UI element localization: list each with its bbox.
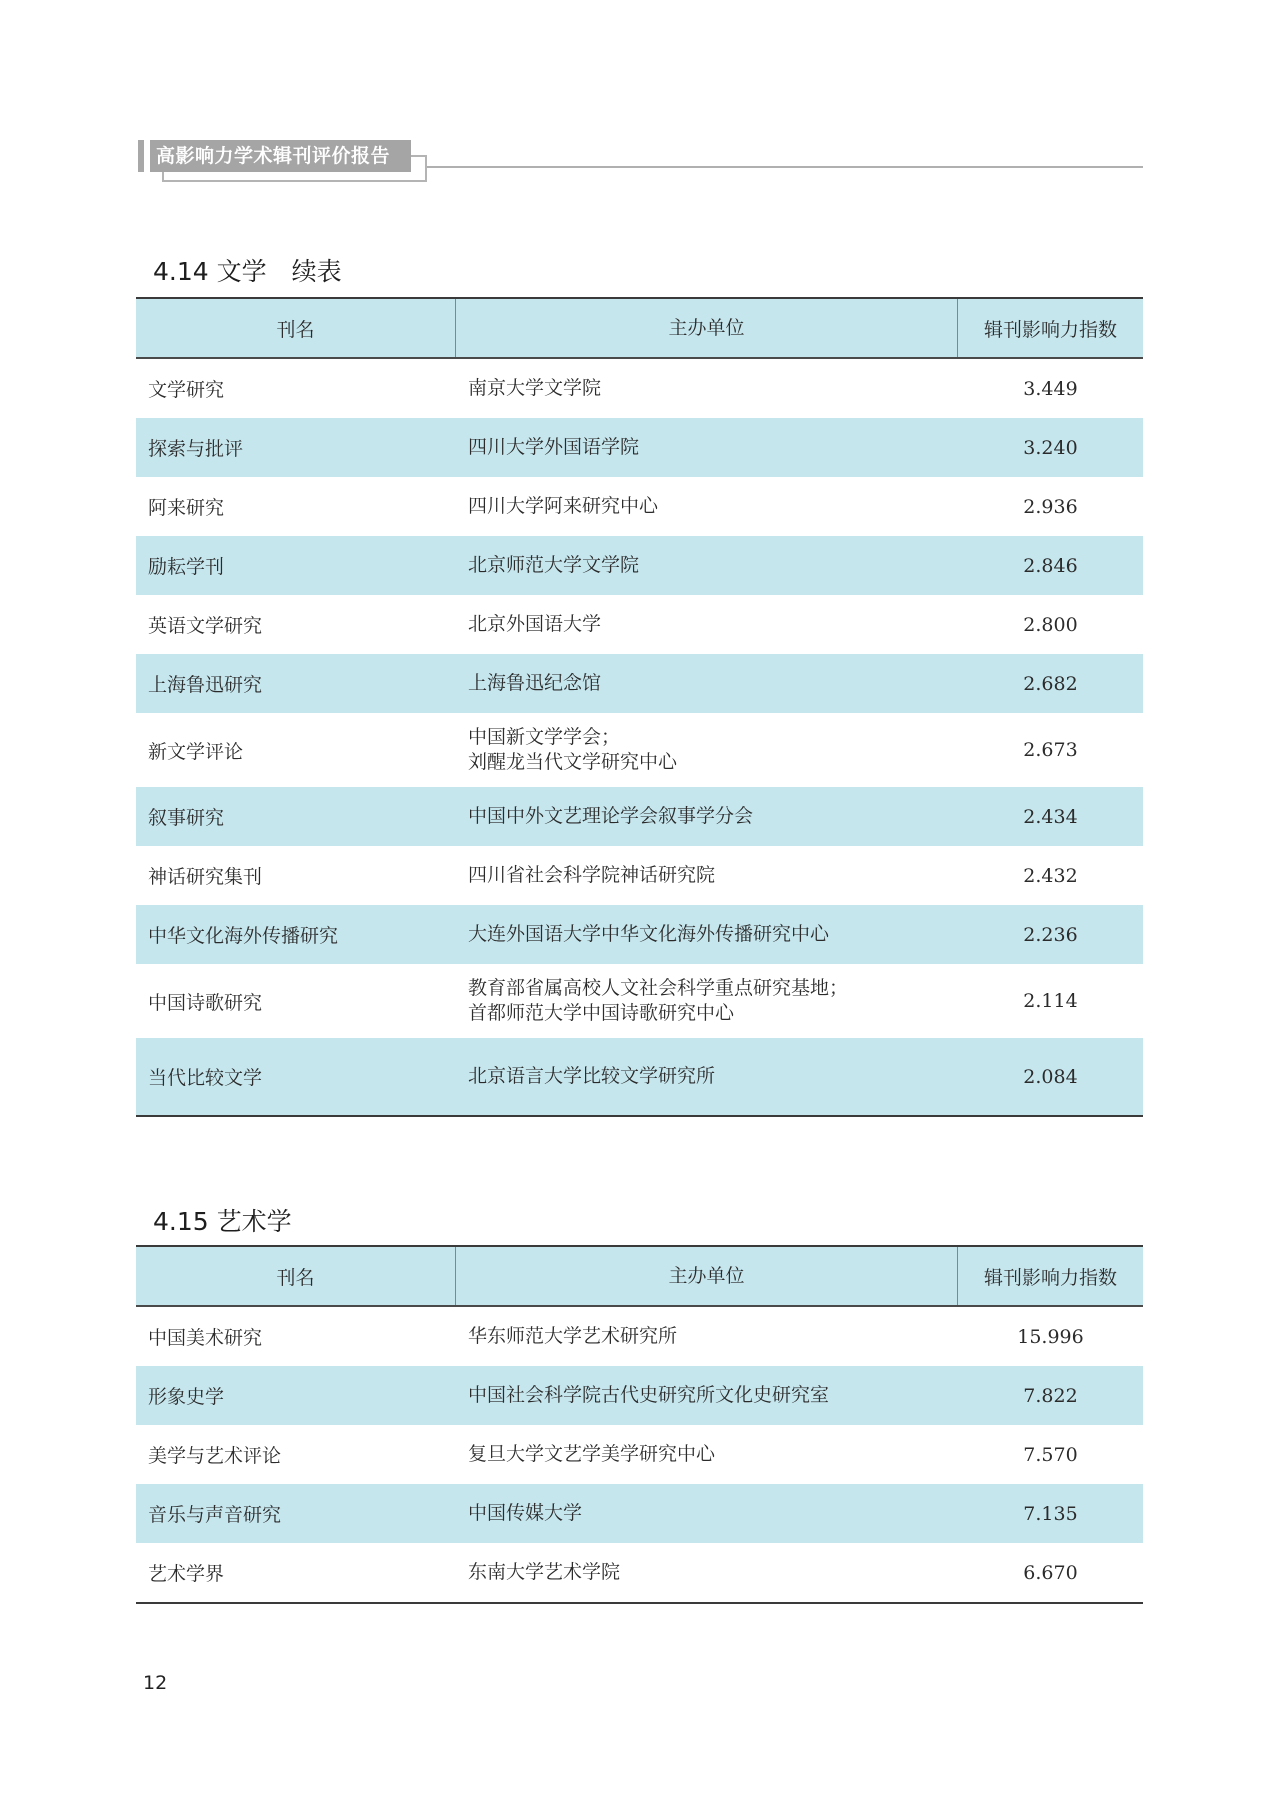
impact-index: 3.240 (958, 437, 1143, 459)
journal-name: 中国美术研究 (136, 1323, 456, 1350)
column-header-sponsor: 主办单位 (456, 299, 958, 357)
sponsor-line: 首都师范大学中国诗歌研究中心 (468, 1001, 958, 1026)
sponsor: 北京语言大学比较文学研究所 (456, 1064, 958, 1089)
sponsor: 北京师范大学文学院 (456, 553, 958, 578)
table-row: 中华文化海外传播研究大连外国语大学中华文化海外传播研究中心2.236 (136, 905, 1143, 964)
table-header: 刊名 主办单位 辑刊影响力指数 (136, 1247, 1143, 1307)
table-row: 阿来研究四川大学阿来研究中心2.936 (136, 477, 1143, 536)
journal-name: 当代比较文学 (136, 1063, 456, 1090)
journal-name: 探索与批评 (136, 434, 456, 461)
table-row: 探索与批评四川大学外国语学院3.240 (136, 418, 1143, 477)
sponsor: 四川大学外国语学院 (456, 435, 958, 460)
table-row: 形象史学中国社会科学院古代史研究所文化史研究室7.822 (136, 1366, 1143, 1425)
journal-name: 阿来研究 (136, 493, 456, 520)
page-number: 12 (143, 1672, 167, 1694)
sponsor: 东南大学艺术学院 (456, 1560, 958, 1585)
sponsor: 华东师范大学艺术研究所 (456, 1324, 958, 1349)
sponsor: 上海鲁迅纪念馆 (456, 671, 958, 696)
impact-index: 7.570 (958, 1444, 1143, 1466)
table-row: 艺术学界东南大学艺术学院6.670 (136, 1543, 1143, 1602)
sponsor-line: 四川省社会科学院神话研究院 (468, 863, 958, 888)
journal-name: 上海鲁迅研究 (136, 670, 456, 697)
impact-index: 6.670 (958, 1562, 1143, 1584)
impact-index: 2.936 (958, 496, 1143, 518)
table-row: 文学研究南京大学文学院3.449 (136, 359, 1143, 418)
sponsor-line: 华东师范大学艺术研究所 (468, 1324, 958, 1349)
impact-index: 2.432 (958, 865, 1143, 887)
section-title-4-14: 4.14 文学 续表 (153, 252, 342, 288)
sponsor-line: 上海鲁迅纪念馆 (468, 671, 958, 696)
table-row: 上海鲁迅研究上海鲁迅纪念馆2.682 (136, 654, 1143, 713)
impact-index: 2.236 (958, 924, 1143, 946)
journal-name: 音乐与声音研究 (136, 1500, 456, 1527)
sponsor-line: 东南大学艺术学院 (468, 1560, 958, 1585)
impact-index: 7.135 (958, 1503, 1143, 1525)
sponsor-line: 中国社会科学院古代史研究所文化史研究室 (468, 1383, 958, 1408)
journal-name: 中华文化海外传播研究 (136, 921, 456, 948)
column-header-name: 刊名 (136, 299, 456, 357)
impact-index: 15.996 (958, 1326, 1143, 1348)
impact-index: 2.673 (958, 739, 1143, 761)
sponsor: 南京大学文学院 (456, 376, 958, 401)
journal-name: 励耘学刊 (136, 552, 456, 579)
table-row: 叙事研究中国中外文艺理论学会叙事学分会2.434 (136, 787, 1143, 846)
running-head: 高影响力学术辑刊评价报告 (0, 0, 1280, 200)
journal-name: 形象史学 (136, 1382, 456, 1409)
impact-index: 2.800 (958, 614, 1143, 636)
journal-name: 新文学评论 (136, 737, 456, 764)
sponsor: 教育部省属高校人文社会科学重点研究基地；首都师范大学中国诗歌研究中心 (456, 976, 958, 1026)
table-art: 刊名 主办单位 辑刊影响力指数 中国美术研究华东师范大学艺术研究所15.996形… (136, 1245, 1143, 1604)
sponsor-line: 中国传媒大学 (468, 1501, 958, 1526)
sponsor-line: 四川大学外国语学院 (468, 435, 958, 460)
sponsor-line: 中国新文学学会； (468, 725, 958, 750)
table-row: 英语文学研究北京外国语大学2.800 (136, 595, 1143, 654)
table-header: 刊名 主办单位 辑刊影响力指数 (136, 299, 1143, 359)
table-row: 神话研究集刊四川省社会科学院神话研究院2.432 (136, 846, 1143, 905)
journal-name: 神话研究集刊 (136, 862, 456, 889)
impact-index: 2.682 (958, 673, 1143, 695)
sponsor-line: 北京外国语大学 (468, 612, 958, 637)
sponsor-line: 南京大学文学院 (468, 376, 958, 401)
journal-name: 文学研究 (136, 375, 456, 402)
sponsor: 四川省社会科学院神话研究院 (456, 863, 958, 888)
impact-index: 2.846 (958, 555, 1143, 577)
journal-name: 艺术学界 (136, 1559, 456, 1586)
table-row: 中国美术研究华东师范大学艺术研究所15.996 (136, 1307, 1143, 1366)
table-row: 中国诗歌研究教育部省属高校人文社会科学重点研究基地；首都师范大学中国诗歌研究中心… (136, 964, 1143, 1038)
running-head-rule (427, 166, 1143, 168)
impact-index: 3.449 (958, 378, 1143, 400)
sponsor: 大连外国语大学中华文化海外传播研究中心 (456, 922, 958, 947)
sponsor: 中国传媒大学 (456, 1501, 958, 1526)
section-title-4-15: 4.15 艺术学 (153, 1202, 292, 1238)
column-header-sponsor: 主办单位 (456, 1247, 958, 1305)
column-header-index: 辑刊影响力指数 (958, 1247, 1143, 1305)
sponsor: 复旦大学文艺学美学研究中心 (456, 1442, 958, 1467)
table-row: 美学与艺术评论复旦大学文艺学美学研究中心7.570 (136, 1425, 1143, 1484)
journal-name: 中国诗歌研究 (136, 988, 456, 1015)
sponsor: 中国中外文艺理论学会叙事学分会 (456, 804, 958, 829)
table-literature: 刊名 主办单位 辑刊影响力指数 文学研究南京大学文学院3.449探索与批评四川大… (136, 297, 1143, 1117)
table-row: 励耘学刊北京师范大学文学院2.846 (136, 536, 1143, 595)
sponsor-line: 大连外国语大学中华文化海外传播研究中心 (468, 922, 958, 947)
sponsor-line: 中国中外文艺理论学会叙事学分会 (468, 804, 958, 829)
impact-index: 7.822 (958, 1385, 1143, 1407)
running-head-title: 高影响力学术辑刊评价报告 (150, 140, 411, 172)
journal-name: 美学与艺术评论 (136, 1441, 456, 1468)
sponsor-line: 复旦大学文艺学美学研究中心 (468, 1442, 958, 1467)
table-body: 文学研究南京大学文学院3.449探索与批评四川大学外国语学院3.240阿来研究四… (136, 359, 1143, 1115)
sponsor: 北京外国语大学 (456, 612, 958, 637)
sponsor: 四川大学阿来研究中心 (456, 494, 958, 519)
column-header-name: 刊名 (136, 1247, 456, 1305)
sponsor: 中国新文学学会；刘醒龙当代文学研究中心 (456, 725, 958, 775)
sponsor-line: 北京师范大学文学院 (468, 553, 958, 578)
journal-name: 英语文学研究 (136, 611, 456, 638)
column-header-index: 辑刊影响力指数 (958, 299, 1143, 357)
table-row: 当代比较文学北京语言大学比较文学研究所2.084 (136, 1038, 1143, 1115)
table-row: 新文学评论中国新文学学会；刘醒龙当代文学研究中心2.673 (136, 713, 1143, 787)
sponsor: 中国社会科学院古代史研究所文化史研究室 (456, 1383, 958, 1408)
impact-index: 2.114 (958, 990, 1143, 1012)
sponsor-line: 教育部省属高校人文社会科学重点研究基地； (468, 976, 958, 1001)
impact-index: 2.084 (958, 1066, 1143, 1088)
impact-index: 2.434 (958, 806, 1143, 828)
table-row: 音乐与声音研究中国传媒大学7.135 (136, 1484, 1143, 1543)
table-body: 中国美术研究华东师范大学艺术研究所15.996形象史学中国社会科学院古代史研究所… (136, 1307, 1143, 1602)
journal-name: 叙事研究 (136, 803, 456, 830)
sponsor-line: 刘醒龙当代文学研究中心 (468, 750, 958, 775)
sponsor-line: 北京语言大学比较文学研究所 (468, 1064, 958, 1089)
sponsor-line: 四川大学阿来研究中心 (468, 494, 958, 519)
running-head-bar (138, 140, 144, 172)
